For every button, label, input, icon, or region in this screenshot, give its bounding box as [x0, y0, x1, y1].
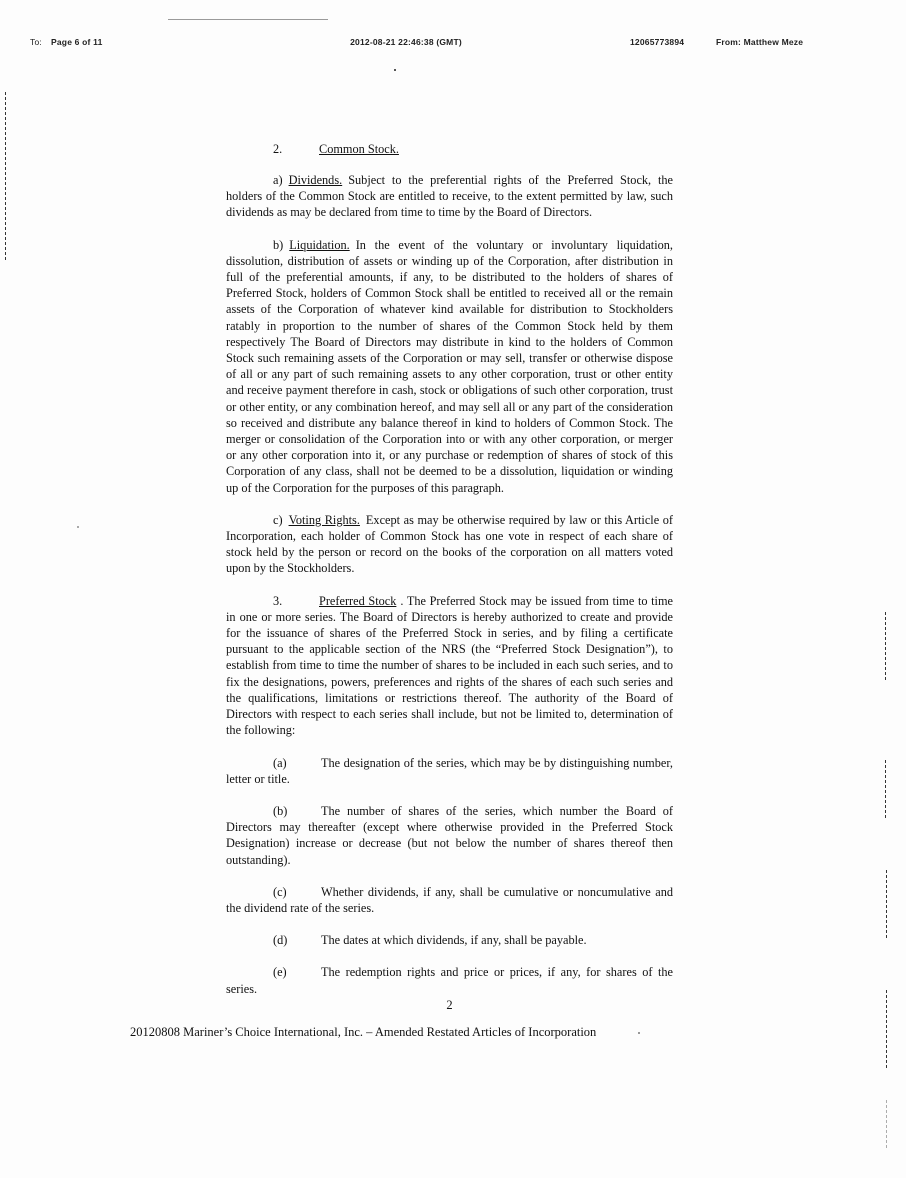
scan-edge-right-5 [886, 1100, 887, 1150]
list-item-d: (d)The dates at which dividends, if any,… [226, 932, 673, 948]
scan-edge-right-2 [885, 760, 886, 820]
scan-edge-right-4 [886, 990, 887, 1070]
section-text: . The Preferred Stock may be issued from… [226, 594, 673, 738]
fax-from: From: Matthew Meze [716, 37, 803, 47]
paragraph-label: c) [273, 513, 283, 527]
paragraph-label: a) [273, 173, 283, 187]
list-item-c: (c)Whether dividends, if any, shall be c… [226, 884, 673, 916]
fax-datetime: 2012-08-21 22:46:38 (GMT) [216, 37, 596, 47]
document-body: 2. Common Stock. a)Dividends.Subject to … [226, 141, 673, 1013]
page-number: 2 [226, 998, 673, 1013]
list-item-label: (c) [273, 884, 321, 900]
paragraph-heading: Voting Rights. [289, 513, 360, 527]
paragraph-heading: Dividends. [289, 173, 343, 187]
paragraph-voting-rights: c)Voting Rights.Except as may be otherwi… [226, 512, 673, 577]
scan-edge-right-1 [885, 612, 886, 682]
scan-edge-left [5, 92, 6, 262]
list-item-e: (e)The redemption rights and price or pr… [226, 964, 673, 996]
list-item-a: (a)The designation of the series, which … [226, 755, 673, 787]
section-2-heading: 2. Common Stock. [226, 141, 673, 157]
list-item-label: (d) [273, 932, 321, 948]
section-title: Common Stock. [319, 141, 399, 157]
list-item-label: (a) [273, 755, 321, 771]
section-3-preferred-stock: 3.Preferred Stock. The Preferred Stock m… [226, 593, 673, 739]
section-number: 2. [273, 141, 282, 157]
scan-speck [77, 526, 79, 528]
scan-rule-line [168, 19, 328, 20]
paragraph-heading: Liquidation. [289, 238, 349, 252]
fax-number: 12065773894 [630, 37, 684, 47]
scan-speck [394, 69, 396, 71]
list-item-label: (e) [273, 964, 321, 980]
paragraph-label: b) [273, 238, 283, 252]
list-item-b: (b)The number of shares of the series, w… [226, 803, 673, 868]
scan-edge-right-3 [886, 870, 887, 940]
document-page: To: Page 6 of 11 2012-08-21 22:46:38 (GM… [0, 0, 906, 1178]
list-item-text: The dates at which dividends, if any, sh… [321, 933, 587, 947]
document-footer: 20120808 Mariner’s Choice International,… [130, 1025, 650, 1040]
fax-page-info: Page 6 of 11 [51, 37, 103, 47]
section-title: Preferred Stock [319, 594, 396, 608]
paragraph-text: In the event of the voluntary or involun… [226, 238, 673, 495]
paragraph-dividends: a)Dividends.Subject to the preferential … [226, 172, 673, 221]
section-number: 3. [273, 593, 319, 609]
paragraph-liquidation: b)Liquidation.In the event of the volunt… [226, 237, 673, 496]
list-item-label: (b) [273, 803, 321, 819]
fax-to-label: To: [30, 37, 42, 47]
fax-header: To: Page 6 of 11 2012-08-21 22:46:38 (GM… [0, 37, 906, 51]
